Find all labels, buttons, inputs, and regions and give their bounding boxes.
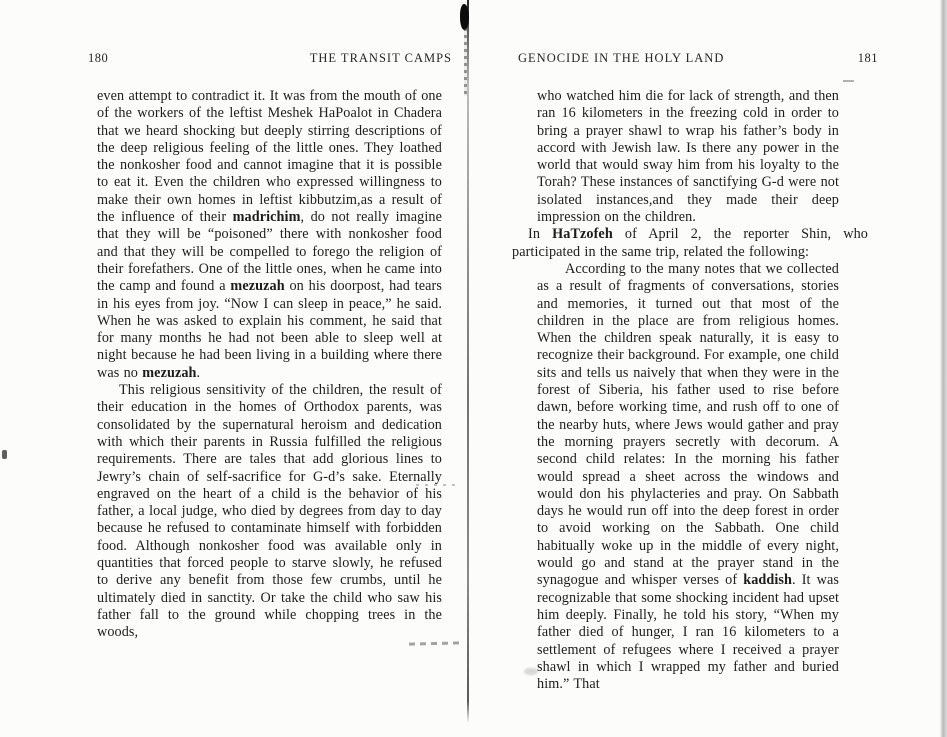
scan-right-edge (940, 0, 947, 737)
right-page: GENOCIDE IN THE HOLY LAND 181 who watche… (512, 51, 878, 693)
book-scan: 180 THE TRANSIT CAMPS even attempt to co… (0, 0, 947, 737)
page-number-left: 180 (88, 51, 108, 65)
gutter-ink-blob (460, 4, 469, 30)
paragraph-continuation: even attempt to contradict it. It was fr… (97, 88, 442, 382)
paragraph: In HaTzofeh of April 2, the reporter Shi… (512, 226, 868, 261)
blockquote-continuation: who watched him die for lack of strength… (537, 88, 839, 226)
left-page-body: even attempt to contradict it. It was fr… (97, 88, 442, 642)
gutter-ink-trail (464, 28, 467, 96)
page-number-right: 181 (858, 51, 878, 65)
blockquote: According to the many notes that we coll… (537, 261, 839, 693)
running-header-left: THE TRANSIT CAMPS (310, 51, 452, 65)
left-page: 180 THE TRANSIT CAMPS even attempt to co… (88, 51, 454, 642)
running-header-right: GENOCIDE IN THE HOLY LAND (518, 51, 724, 65)
left-page-header: 180 THE TRANSIT CAMPS (88, 51, 454, 65)
scan-smudge (2, 450, 7, 459)
right-page-header: GENOCIDE IN THE HOLY LAND 181 (512, 51, 878, 65)
scan-smudge (409, 641, 461, 645)
right-page-body: who watched him die for lack of strength… (512, 88, 868, 693)
paragraph: This religious sensitivity of the childr… (97, 382, 442, 641)
page-gutter-fold (467, 0, 469, 723)
